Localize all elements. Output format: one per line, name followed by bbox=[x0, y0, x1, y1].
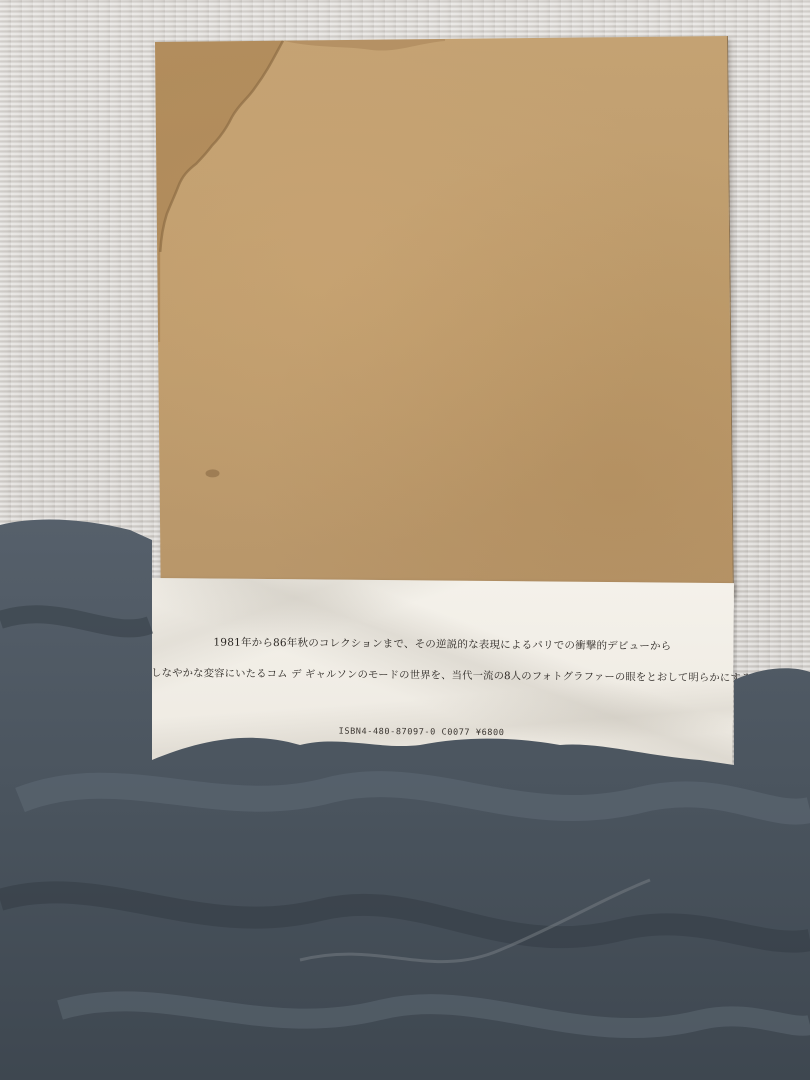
fluffy-blanket bbox=[0, 0, 810, 1080]
